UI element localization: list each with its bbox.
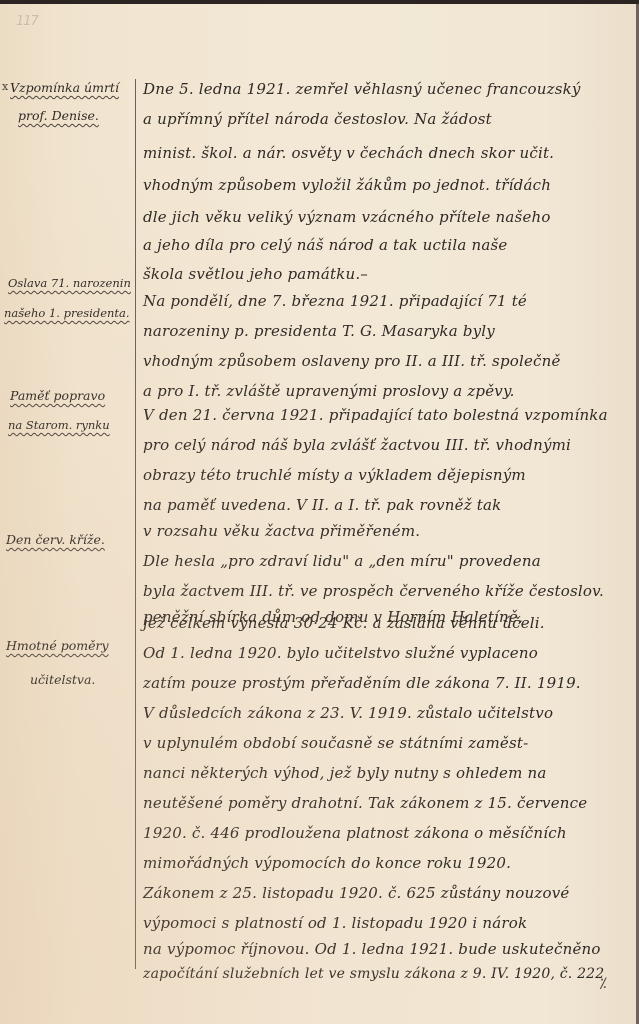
text-line: a pro I. tř. zvláště upravenými proslovy… bbox=[143, 382, 631, 400]
margin-heading: Den červ. kříže. bbox=[6, 532, 105, 547]
text-line: pro celý národ náš byla zvlášť žactvou I… bbox=[143, 436, 631, 454]
text-line: obrazy této truchlé místy a výkladem děj… bbox=[143, 466, 631, 484]
text-line: na výpomoc říjnovou. Od 1. ledna 1921. b… bbox=[143, 940, 631, 958]
text-line: minist. škol. a nár. osvěty v čechách dn… bbox=[143, 144, 631, 162]
text-line: neutěšené poměry drahotní. Tak zákonem z… bbox=[143, 794, 631, 812]
margin-rule bbox=[135, 79, 136, 969]
margin-heading: na Starom. rynku bbox=[8, 418, 110, 432]
text-line: byla žactvem III. tř. ve prospěch červen… bbox=[143, 582, 631, 600]
text-line: škola světlou jeho památku.– bbox=[143, 265, 631, 283]
page-number: 117 bbox=[16, 14, 38, 29]
text-line: a jeho díla pro celý náš národ a tak uct… bbox=[143, 236, 631, 254]
text-line: zatím pouze prostým přeřaděním dle zákon… bbox=[143, 674, 631, 692]
text-line: Zákonem z 25. listopadu 1920. č. 625 zůs… bbox=[143, 884, 631, 902]
margin-heading: Oslava 71. narozenin bbox=[8, 276, 131, 290]
end-mark: ⁒ bbox=[600, 976, 606, 992]
text-line: nanci některých výhod, jež byly nutny s … bbox=[143, 764, 631, 782]
margin-heading: učitelstva. bbox=[30, 672, 95, 687]
text-line: 1920. č. 446 prodloužena platnost zákona… bbox=[143, 824, 631, 842]
text-line: Dne 5. ledna 1921. zemřel věhlasný učene… bbox=[143, 80, 631, 98]
text-line: vhodným způsobem oslaveny pro II. a III.… bbox=[143, 352, 631, 370]
margin-heading: našeho 1. presidenta. bbox=[4, 306, 130, 320]
text-line: jež celkem vynesla 30·24 Kč. a zaslána v… bbox=[143, 614, 631, 632]
text-line: vhodným způsobem vyložil žákům po jednot… bbox=[143, 176, 631, 194]
margin-heading: Vzpomínka úmrtí bbox=[10, 80, 119, 95]
margin-cross-mark: x bbox=[2, 80, 8, 93]
text-line: a upřímný přítel národa čestoslov. Na žá… bbox=[143, 110, 631, 128]
text-line: Dle hesla „pro zdraví lidu" a „den míru"… bbox=[143, 552, 631, 570]
text-line: mimořádných výpomocích do konce roku 192… bbox=[143, 854, 631, 872]
text-line: na paměť uvedena. V II. a I. tř. pak rov… bbox=[143, 496, 631, 514]
text-line: započítání služebních let ve smyslu záko… bbox=[143, 966, 631, 982]
text-line: V den 21. června 1921. připadající tato … bbox=[143, 406, 631, 424]
text-line: v rozsahu věku žactva přiměřeném. bbox=[143, 522, 631, 540]
text-line: výpomoci s platností od 1. listopadu 192… bbox=[143, 914, 631, 932]
text-line: Na pondělí, dne 7. března 1921. připadaj… bbox=[143, 292, 631, 310]
margin-heading: Hmotné poměry bbox=[6, 638, 109, 653]
text-line: Od 1. ledna 1920. bylo učitelstvo služné… bbox=[143, 644, 631, 662]
margin-heading: Paměť popravo bbox=[10, 388, 105, 403]
text-line: V důsledcích zákona z 23. V. 1919. zůsta… bbox=[143, 704, 631, 722]
text-line: v uplynulém období současně se státními … bbox=[143, 734, 631, 752]
margin-heading: prof. Denise. bbox=[18, 108, 99, 123]
text-line: dle jich věku veliký význam vzácného pří… bbox=[143, 208, 631, 226]
chronicle-page: 117 x Vzpomínka úmrtí prof. Denise. Dne … bbox=[0, 4, 636, 1024]
text-line: narozeniny p. presidenta T. G. Masaryka … bbox=[143, 322, 631, 340]
